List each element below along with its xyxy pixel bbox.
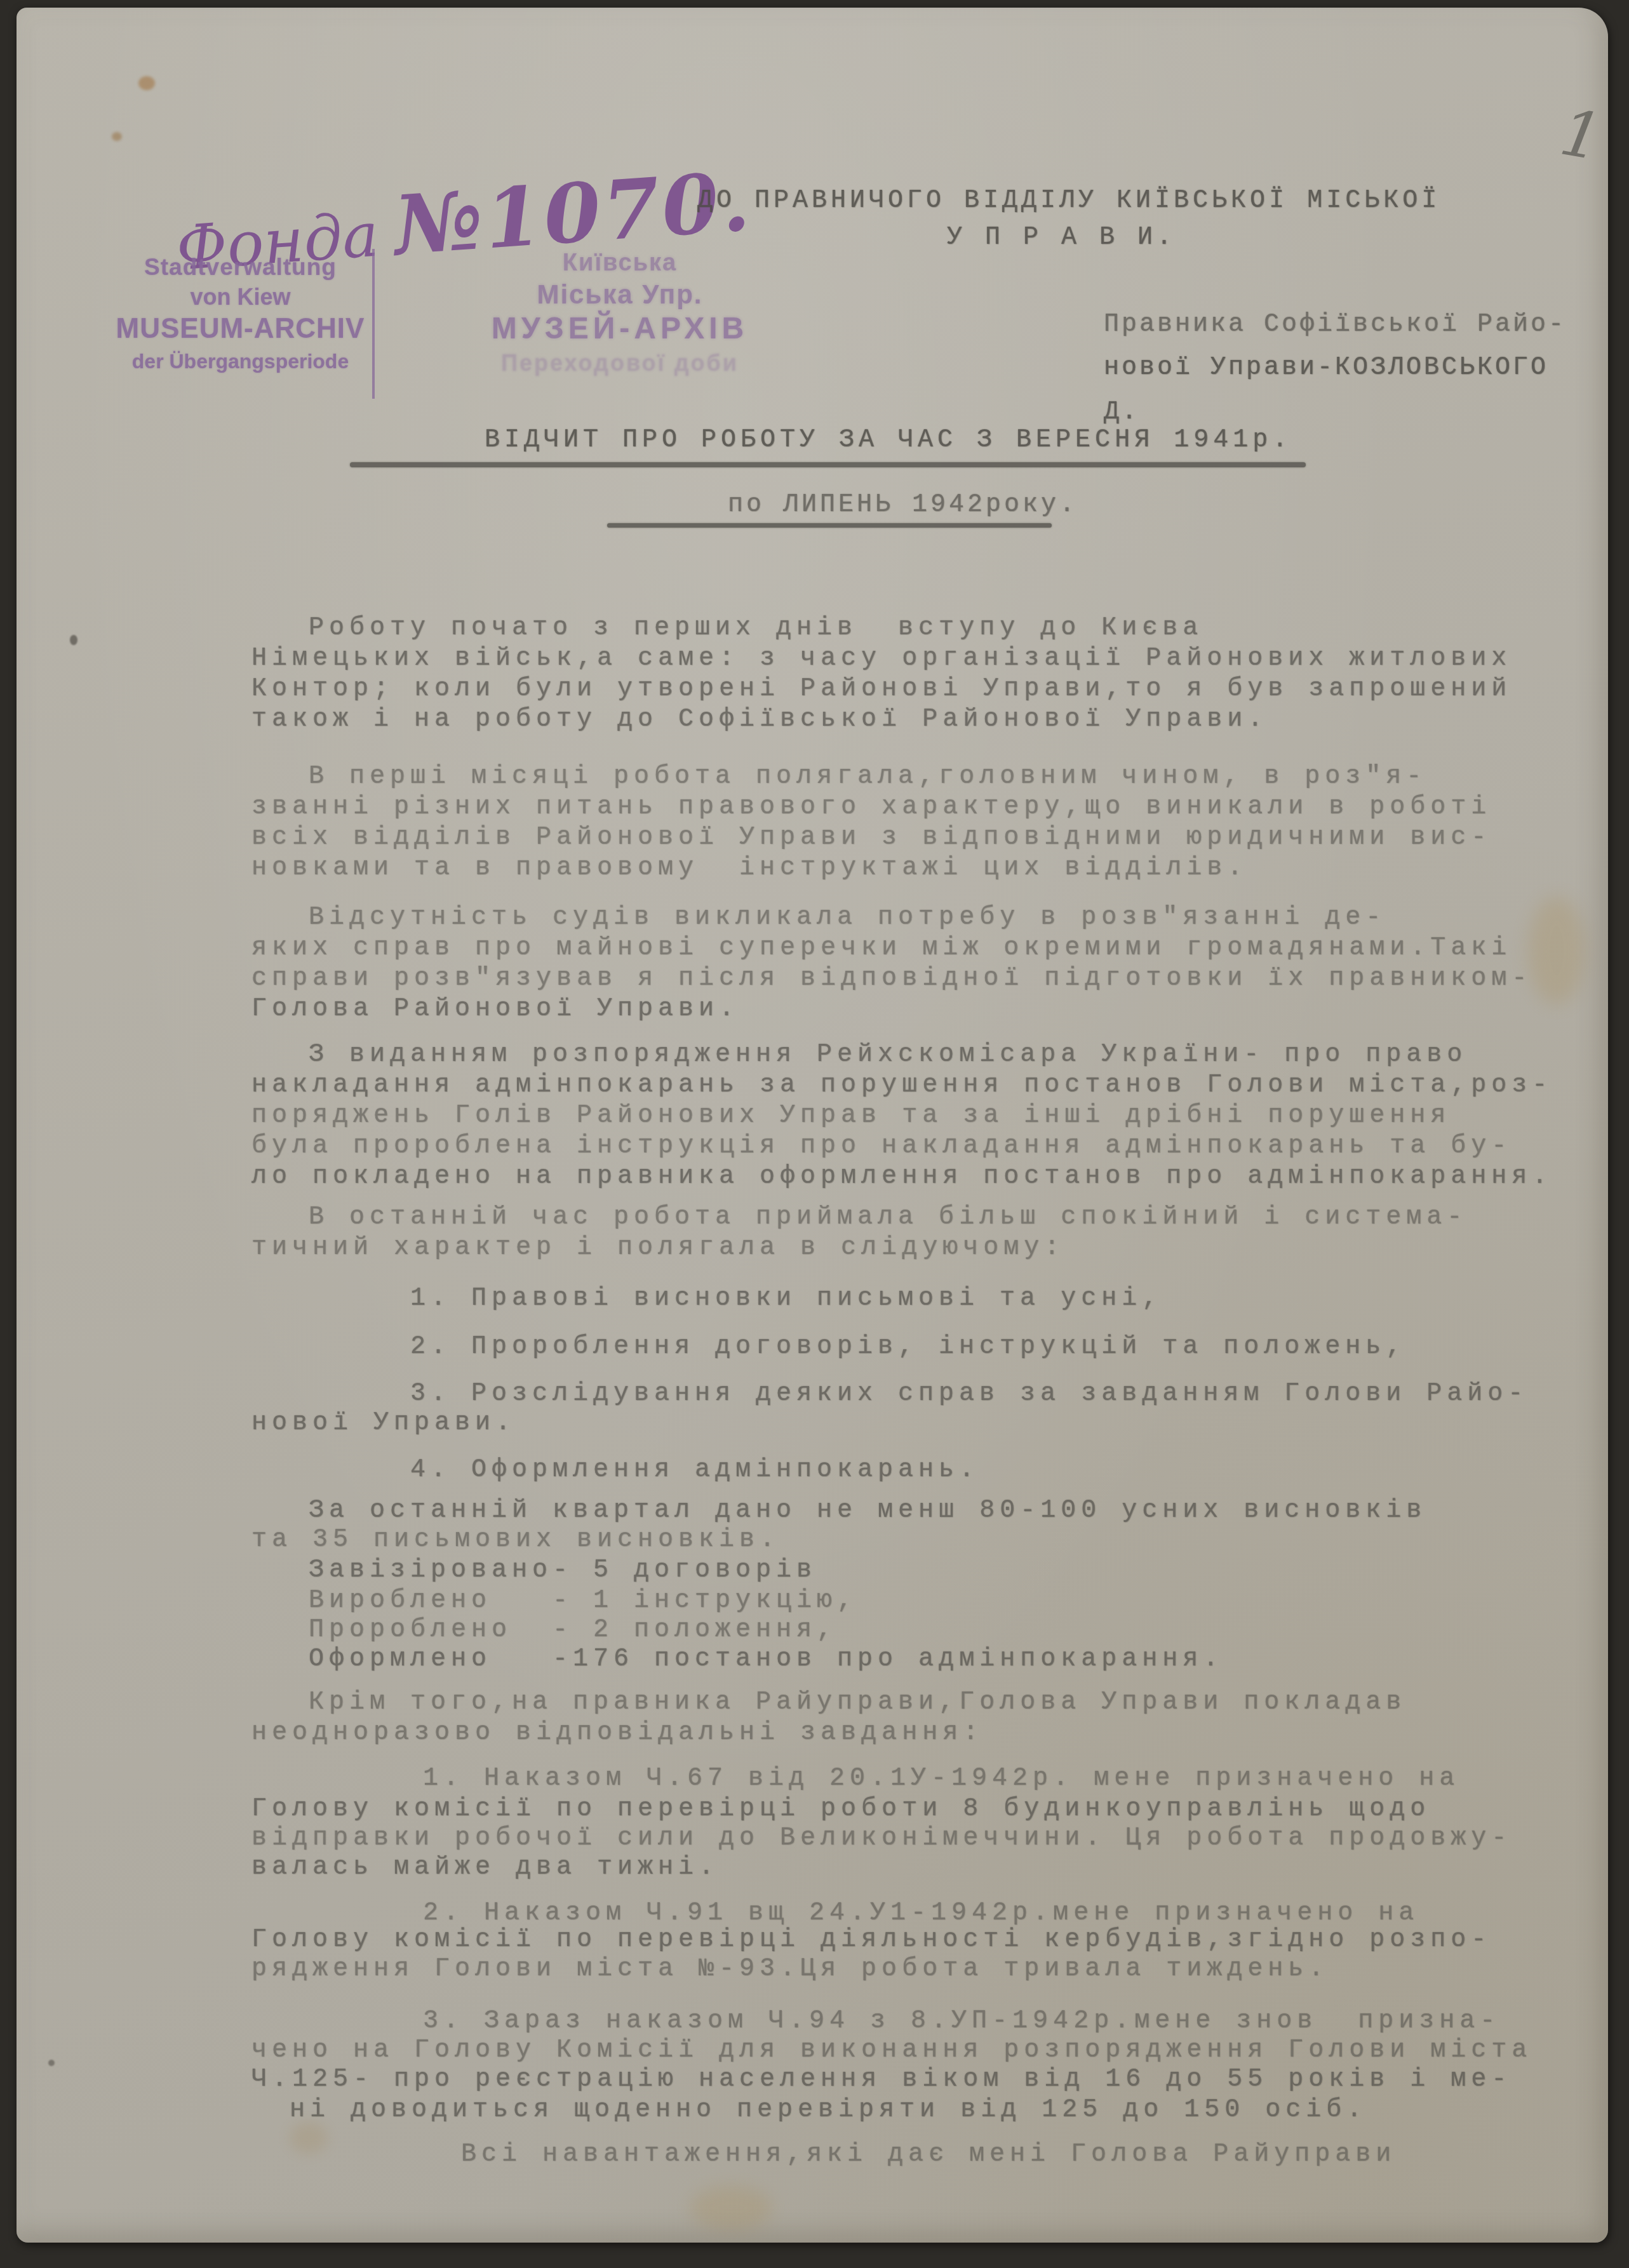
foxing-spot — [138, 76, 155, 90]
report-body-line: яких справ про майнові суперечки між окр… — [251, 935, 1512, 963]
report-list-item: 4. Оформлення адмінпокарань. — [410, 1457, 979, 1484]
report-list-item: 1. Правові висновки письмові та усні, — [410, 1285, 1162, 1313]
report-body-line: Ч.125- про реєстрацію населення віком ві… — [251, 2066, 1512, 2094]
report-title: ВІДЧИТ ПРО РОБОТУ ЗА ЧАС З ВЕРЕСНЯ 1941р… — [485, 427, 1292, 455]
stain — [290, 2122, 328, 2154]
report-body-line: Крім того,на правника Райуправи,Голова У… — [309, 1689, 1406, 1717]
museum-archive-stamp: Stadtverwaltung von Kiew MUSEUM-ARCHIV d… — [112, 248, 861, 406]
document-page: 1 Фонда№1070. Stadtverwaltung von Kiew M… — [17, 8, 1608, 2243]
addressee-line-3: Д. — [1104, 399, 1139, 427]
report-body-line: ло покладено на правника оформлення пост… — [251, 1163, 1552, 1191]
stamp-ukrainian-line: Переходової доби — [385, 347, 855, 380]
addressee-line-2: нової Управи-КОЗЛОВСЬКОГО — [1104, 354, 1548, 382]
stamp-german-line: der Übergangsperiode — [112, 345, 369, 377]
foxing-spot — [112, 132, 122, 141]
report-body-line: Роботу почато з перших днів вступу до Ки… — [309, 615, 1203, 643]
stamp-german-column: Stadtverwaltung von Kiew MUSEUM-ARCHIV d… — [112, 253, 369, 377]
report-list-item: 3. Розслідування деяких справ за завданн… — [410, 1380, 1528, 1408]
ink-speck — [70, 635, 77, 645]
stamp-divider — [372, 249, 375, 399]
report-body-line: неодноразово відповідальні завдання: — [251, 1719, 983, 1747]
report-order-line: 3. Зараз наказом Ч.94 з 8.УП-1942р.мене … — [423, 2008, 1500, 2036]
report-body-line: Відсутність судів викликала потребу в ро… — [309, 904, 1386, 932]
report-body-line: рядження Голови міста №-93.Ця робота три… — [251, 1956, 1329, 1984]
report-body-line: всіх відділів Районової Управи з відпові… — [251, 824, 1491, 852]
addressee-line-1: Правника Софіївської Райо- — [1104, 311, 1566, 339]
stamp-german-line: Stadtverwaltung — [112, 253, 369, 282]
report-body-line: справи розв"язував я після відповідної п… — [251, 965, 1532, 993]
report-body-line: також і на роботу до Софіївської Районов… — [251, 706, 1268, 734]
stamp-ukrainian-line: Київська — [385, 248, 855, 278]
report-stat-line: Оформлено -176 постанов про адмінпокаран… — [309, 1646, 1223, 1674]
report-body-line: накладання адмінпокарань за порушення по… — [251, 1072, 1552, 1100]
stamp-ukrainian-column: Київська Міська Упр. МУЗЕЙ-АРХІВ Переход… — [385, 248, 855, 380]
report-body-line: відправки робочої сили до Великонімеччин… — [251, 1825, 1512, 1853]
report-body-line: званні різних питань правового характеру… — [251, 794, 1491, 822]
page-number: 1 — [1555, 95, 1607, 175]
report-order-line: 2. Наказом Ч.91 вщ 24.У1-1942р.мене приз… — [423, 1900, 1419, 1928]
report-body-line: За останній квартал дано не менш 80-100 … — [309, 1497, 1426, 1525]
stamp-german-line: MUSEUM-ARCHIV — [112, 312, 369, 345]
report-body-line: чено на Голову Комісії для виконання роз… — [251, 2037, 1532, 2065]
stamp-german-line: von Kiew — [112, 282, 369, 312]
report-stat-line: Завізіровано- 5 договорів — [309, 1557, 817, 1585]
report-body-line: ні доводиться щоденно перевіряти від 125… — [290, 2097, 1367, 2125]
report-order-line: 1. Наказом Ч.67 від 20.1У-1942р. мене пр… — [423, 1765, 1459, 1793]
stain — [1528, 897, 1585, 1004]
title-underline — [350, 462, 1306, 467]
report-stat-line: Пророблено - 2 положення, — [309, 1617, 837, 1644]
report-body-line: Голова Районової Управи. — [251, 996, 739, 1024]
report-subtitle: по ЛИПЕНЬ 1942року. — [728, 491, 1078, 519]
report-body-line: В останній час робота приймала більш спо… — [309, 1204, 1467, 1232]
report-body-line: нової Управи. — [251, 1410, 516, 1438]
report-body-line: Німецьких військ,а саме: з часу організа… — [251, 645, 1512, 673]
report-stat-line: Вироблено - 1 інструкцію, — [309, 1587, 857, 1615]
report-body-line: поряджень Голів Районових Управ та за ін… — [251, 1102, 1451, 1130]
recipient-line-2: У П Р А В И. — [947, 224, 1176, 252]
stamp-ukrainian-line: Міська Упр. — [385, 278, 855, 311]
recipient-line-1: ДО ПРАВНИЧОГО ВІДДІЛУ КИЇВСЬКОЇ МІСЬКОЇ — [697, 187, 1440, 215]
report-body-line: В перші місяці робота полягала,головним … — [309, 763, 1426, 791]
report-body-line: була пророблена інструкція про накладанн… — [251, 1133, 1512, 1161]
report-body-line: Контор; коли були утворені Районові Упра… — [251, 676, 1512, 704]
report-body-line: валась майже два тижні. — [251, 1854, 719, 1882]
report-body-line: тичний характер і полягала в слідуючому: — [251, 1234, 1064, 1262]
subtitle-underline — [607, 523, 1052, 528]
report-body-line: Всі навантаження,які дає мені Голова Рай… — [461, 2141, 1396, 2169]
report-list-item: 2. Пророблення договорів, інструкцій та … — [410, 1333, 1406, 1361]
stain — [690, 2185, 772, 2230]
report-body-line: З виданням розпорядження Рейхскомісара У… — [309, 1041, 1467, 1069]
report-body-line: Голову комісії по перевірці роботи 8 буд… — [251, 1796, 1430, 1824]
report-body-line: та 35 письмових висновків. — [251, 1526, 780, 1554]
scanned-document: 1 Фонда№1070. Stadtverwaltung von Kiew M… — [0, 0, 1629, 2268]
stamp-ukrainian-line: МУЗЕЙ-АРХІВ — [385, 311, 855, 347]
ink-speck — [48, 2060, 55, 2066]
report-body-line: Голову комісії по перевірці діяльності к… — [251, 1926, 1491, 1954]
report-body-line: новками та в правовому інструктажі цих в… — [251, 855, 1247, 883]
